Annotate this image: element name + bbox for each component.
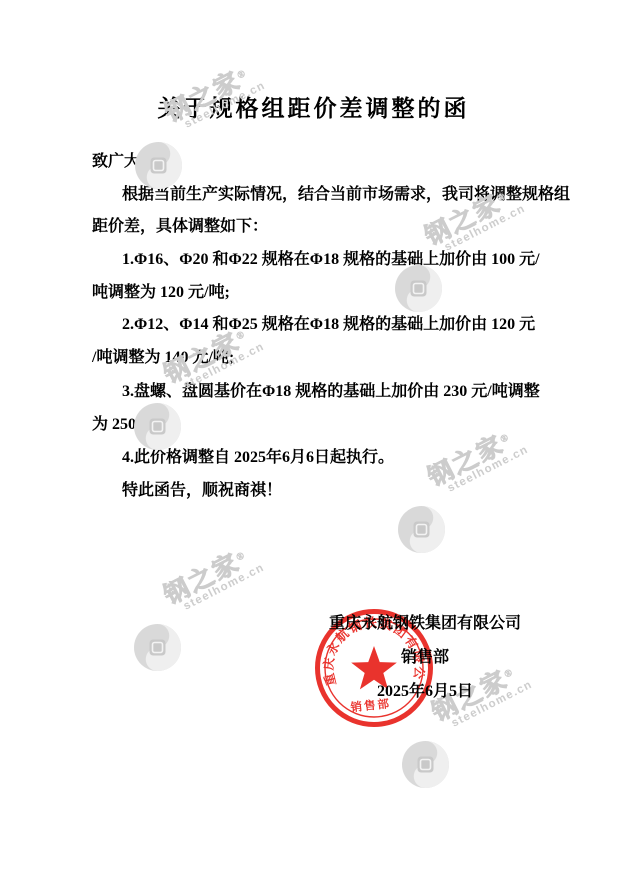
- steelhome-watermark: 钢之家® steelhome.cn: [133, 555, 303, 690]
- steelhome-globe-icon: [397, 505, 446, 554]
- watermark-brand-text: 钢之家®: [159, 538, 262, 610]
- body-line: 根据当前生产实际情况，结合当前市场需求，我司将调整规格组: [92, 184, 582, 205]
- body-line: 特此函告，顺祝商祺！: [92, 480, 582, 501]
- body-line: 为 250 元/吨;: [92, 414, 552, 435]
- body-line: /吨调整为 140 元/吨;: [92, 347, 552, 368]
- seal-department-text: 销售部: [350, 696, 392, 714]
- star-icon: [351, 646, 397, 689]
- body-line: 3.盘螺、盘圆基价在Φ18 规格的基础上加价由 230 元/吨调整: [92, 381, 582, 402]
- registered-trademark-icon: ®: [236, 67, 249, 81]
- registered-trademark-icon: ®: [235, 549, 248, 563]
- body-line: 吨调整为 120 元/吨;: [92, 282, 552, 303]
- body-line: 距价差，具体调整如下：: [92, 216, 552, 237]
- watermark-text: 钢之家® steelhome.cn: [159, 538, 266, 618]
- body-line: 4.此价格调整自 2025年6月6日起执行。: [92, 447, 582, 468]
- body-line: 1.Φ16、Φ20 和Φ22 规格在Φ18 规格的基础上加价由 100 元/: [92, 249, 582, 270]
- salutation-line: 致广大客户:: [92, 151, 552, 172]
- company-seal-stamp: 重庆永航钢铁集团有限公司 销售部: [312, 606, 436, 730]
- watermark-domain-text: steelhome.cn: [182, 562, 267, 613]
- steelhome-globe-icon: [401, 740, 450, 789]
- document-title: 关于规格组距价差调整的函: [0, 90, 627, 123]
- steelhome-globe-icon: [133, 623, 182, 672]
- letter-page: 钢之家® steelhome.cn 钢之家® steelhome.cn: [0, 0, 627, 881]
- body-line: 2.Φ12、Φ14 和Φ25 规格在Φ18 规格的基础上加价由 120 元: [92, 314, 582, 335]
